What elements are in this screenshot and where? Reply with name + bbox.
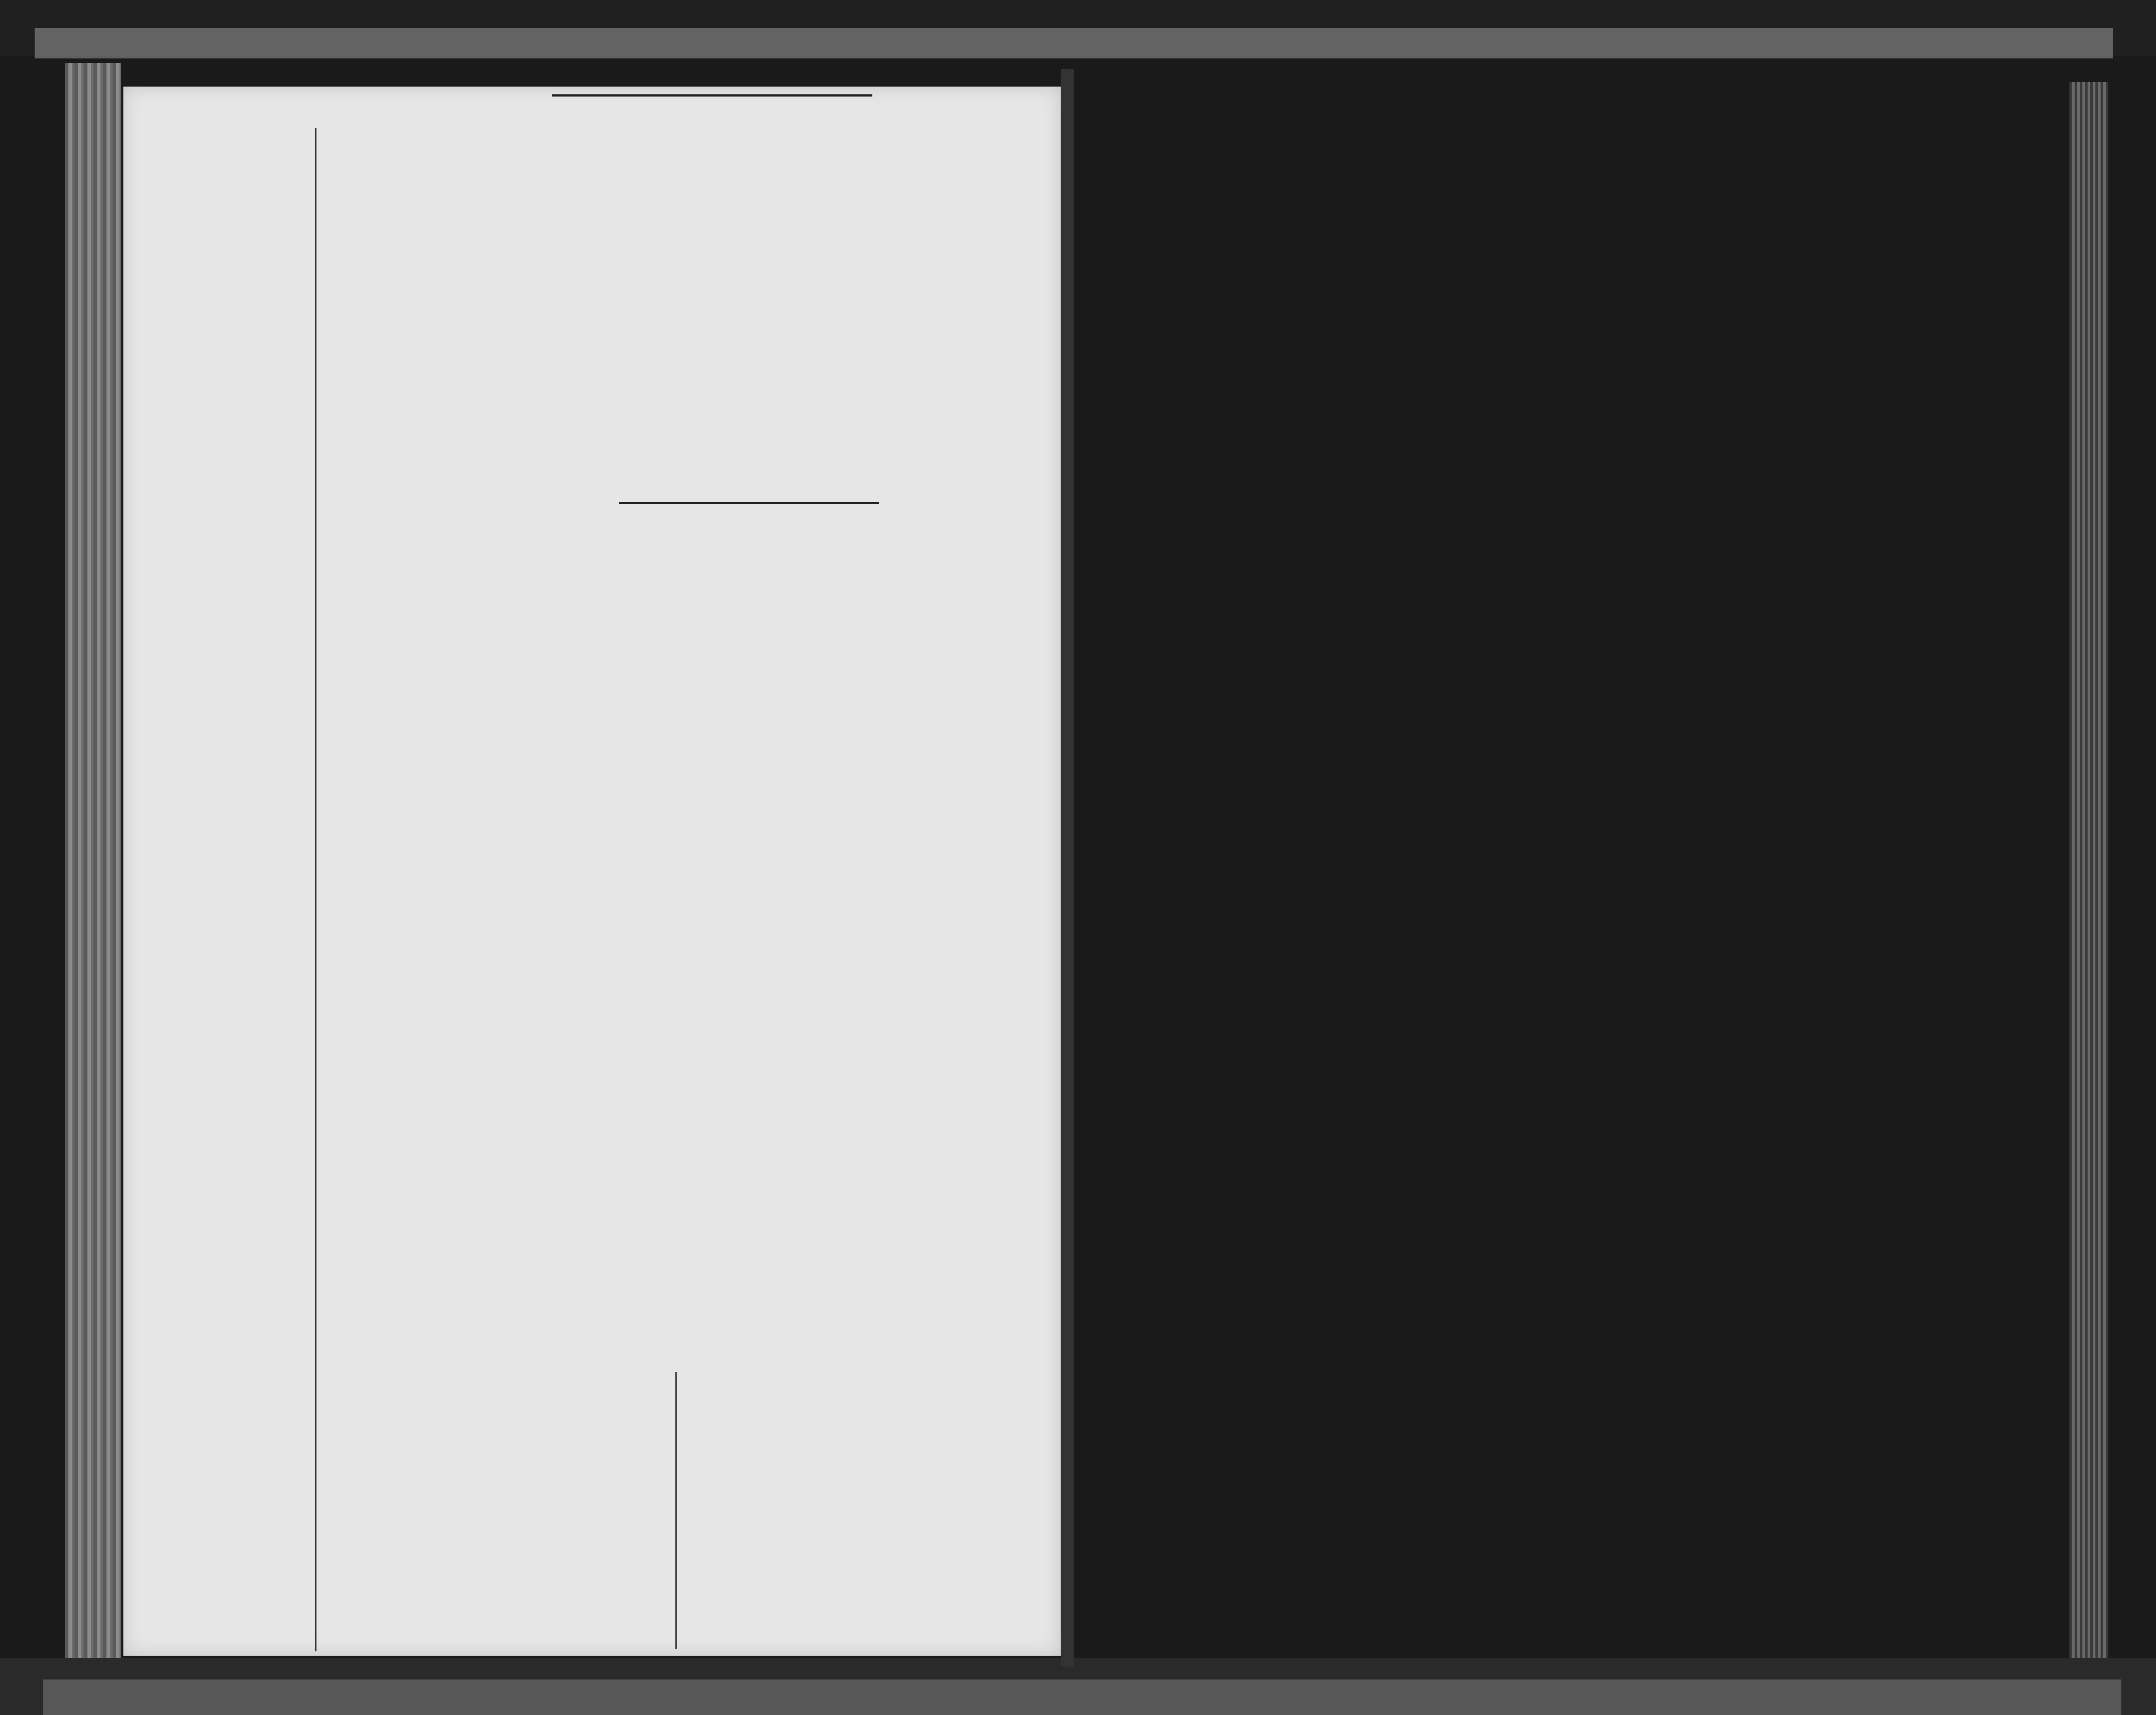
book-bottom-edge	[43, 1680, 2121, 1715]
left-margin-rule	[315, 128, 316, 1651]
left-record-number	[132, 149, 141, 185]
book-gutter	[1061, 69, 1074, 1667]
date-fill-rule	[552, 94, 872, 97]
groom-end-rule	[619, 502, 879, 504]
book-top-edge	[35, 28, 2113, 58]
book-page-stack-right	[2069, 82, 2108, 1667]
left-signature-divider	[675, 1372, 677, 1649]
left-page	[123, 87, 1061, 1656]
book-page-stack-left	[65, 63, 121, 1664]
